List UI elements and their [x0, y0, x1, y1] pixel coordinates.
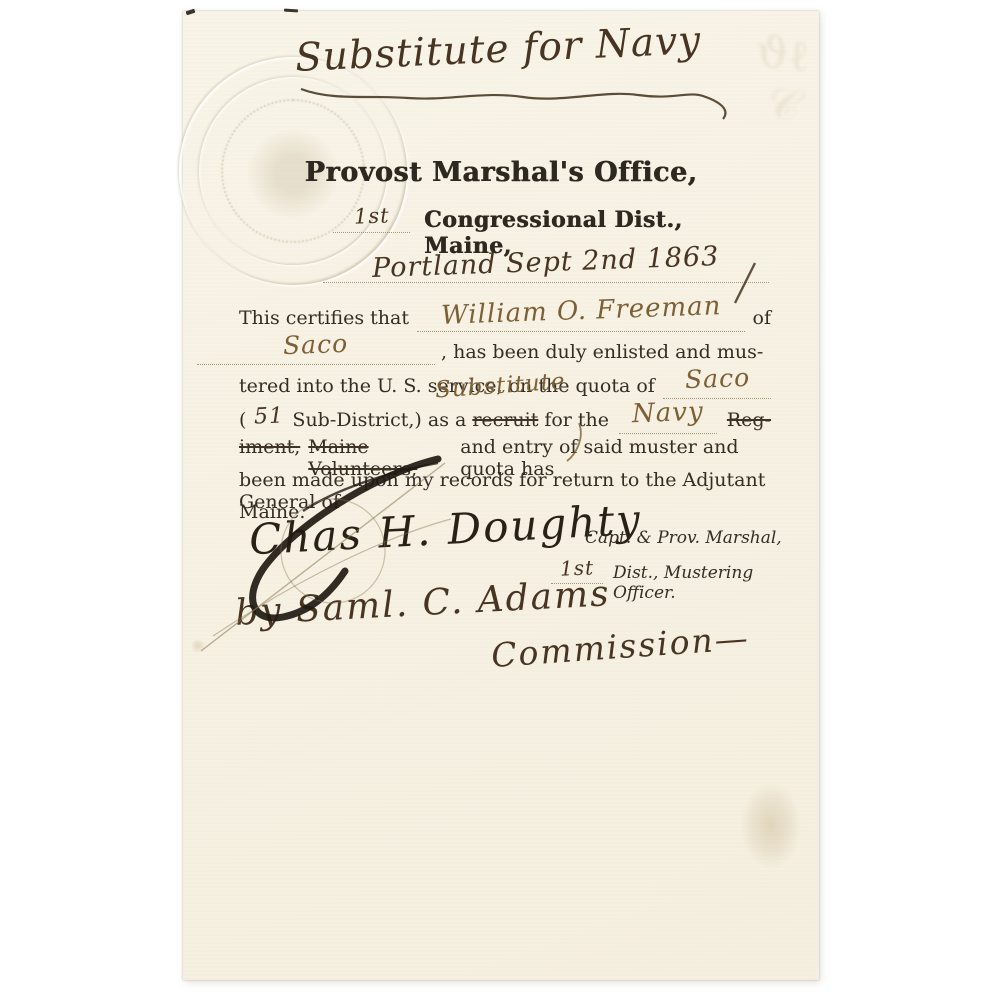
verso-show-through: ϑℓ𝒞 — [753, 27, 818, 134]
enlisted-text: , has been duly enlisted and mus- — [441, 341, 763, 363]
branch-handwritten: Navy — [632, 397, 705, 429]
marshal-title-line2: Dist., Mustering Officer. — [613, 563, 819, 603]
office-title: Provost Marshal's Office, — [183, 157, 819, 188]
subdistrict-text: Sub-District,) as a — [292, 409, 466, 431]
docket-title-handwritten: Substitute for Navy — [294, 18, 702, 81]
ink-speck — [191, 639, 205, 653]
iment-struck-text: iment, — [239, 436, 300, 458]
for-the-text: for the — [544, 409, 609, 431]
document-sheet: ϑℓ𝒞 Substitute for Navy Provost Marshal'… — [183, 11, 819, 980]
certifies-text: This certifies that — [239, 307, 409, 329]
quota-place-handwritten: Saco — [684, 363, 750, 394]
paren-text: ( — [239, 409, 246, 431]
reg-struck-text: Reg- — [727, 409, 771, 431]
residence-handwritten: Saco — [283, 329, 349, 360]
recruit-name-handwritten: William O. Freeman — [440, 291, 721, 331]
paper-edge-nick — [284, 9, 298, 13]
marshal-title-line1: Capt. & Prov. Marshal, — [585, 528, 782, 548]
subdistrict-number-handwritten: 51 — [254, 403, 285, 429]
deputy-signature: by Saml. C. Adams — [234, 573, 611, 634]
of-text: of — [753, 307, 771, 329]
commission-handwritten: Commission— — [490, 618, 751, 675]
paper-edge-nick — [186, 9, 196, 16]
recruit-struck-text: recruit — [472, 409, 538, 431]
district-number-handwritten: 1st — [353, 203, 389, 228]
foxing-stain — [741, 783, 801, 869]
